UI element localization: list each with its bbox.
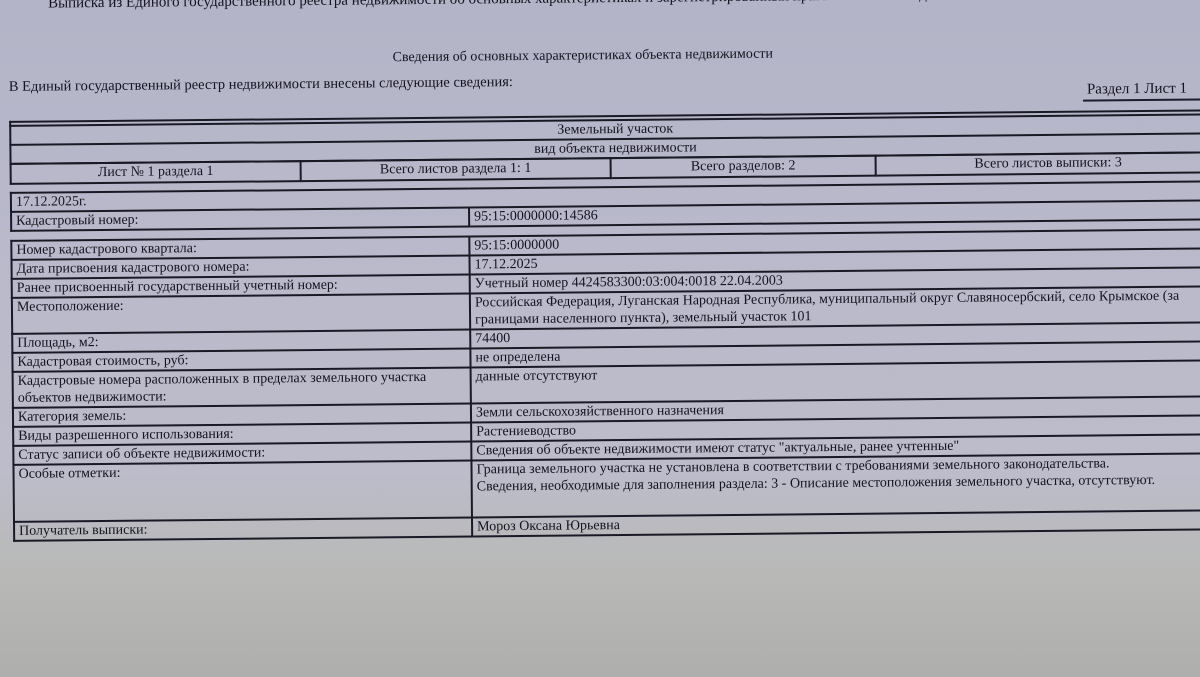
cadastral-number-label: Кадастровый номер: <box>11 208 469 231</box>
extract-sheets-total: Всего листов выписки: 3 <box>876 152 1200 175</box>
section-underline <box>1083 98 1200 101</box>
row-label: Местоположение: <box>12 294 470 334</box>
document-intro: В Единый государственный реестр недвижим… <box>9 74 513 96</box>
document-sheet: Выписка из Единого государственного реес… <box>0 0 1200 677</box>
section-sheets-total: Всего листов раздела 1: 1 <box>301 158 611 181</box>
row-value: Граница земельного участка не установлен… <box>471 453 1200 517</box>
section-label: Раздел 1 Лист 1 <box>1087 81 1187 99</box>
sheet-number: Лист № 1 раздела 1 <box>11 161 301 184</box>
row-label: Кадастровые номера расположенных в преде… <box>13 368 471 408</box>
row-label: Получатель выписки: <box>14 517 472 540</box>
row-label: Особые отметки: <box>13 460 472 521</box>
sections-total: Всего разделов: 2 <box>611 156 876 179</box>
characteristics-table: Номер кадастрового квартала: 95:15:00000… <box>10 228 1200 542</box>
document-title: Выписка из Единого государственного реес… <box>48 0 999 13</box>
document-subtitle: Сведения об основных характеристиках объ… <box>393 47 774 67</box>
date-table: 17.12.2025г. Кадастровый номер: 95:15:00… <box>10 180 1200 232</box>
